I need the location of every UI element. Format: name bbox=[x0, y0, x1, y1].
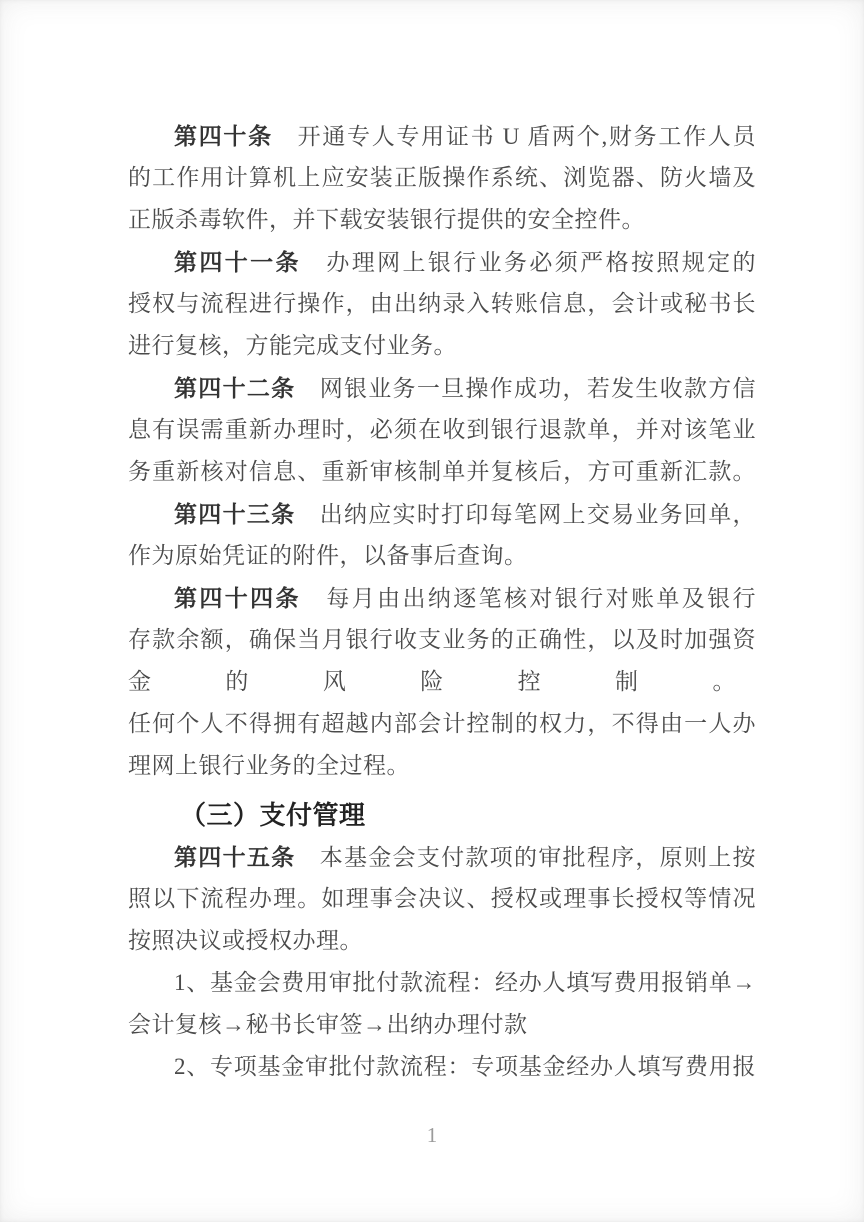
text-line: 按照决议或授权办理。 bbox=[128, 920, 756, 962]
article-number: 第四十四条 bbox=[174, 585, 301, 611]
list-item-line: 1、基金会费用审批付款流程：经办人填写费用报销单→ bbox=[128, 962, 756, 1004]
article-text: 本基金会支付款项的审批程序，原则上按 bbox=[295, 845, 756, 870]
text-line: 第四十二条 网银业务一旦操作成功，若发生收款方信 bbox=[128, 367, 756, 409]
text-line: 授权与流程进行操作，由出纳录入转账信息，会计或秘书长 bbox=[128, 283, 756, 325]
text-line: 第四十一条 办理网上银行业务必须严格按照规定的 bbox=[128, 241, 756, 283]
text-line: 息有误需重新办理时，必须在收到银行退款单，并对该笔业 bbox=[128, 409, 756, 451]
article-text: 网银业务一旦操作成功，若发生收款方信 bbox=[295, 376, 756, 401]
section-heading: （三）支付管理 bbox=[128, 794, 756, 836]
text-line: 存款余额，确保当月银行收支业务的正确性，以及时加强资 bbox=[128, 619, 756, 661]
article-text: 办理网上银行业务必须严格按照规定的 bbox=[301, 250, 756, 275]
text-line: 第四十五条 本基金会支付款项的审批程序，原则上按 bbox=[128, 836, 756, 878]
text-line: 正版杀毒软件，并下载安装银行提供的安全控件。 bbox=[128, 199, 756, 241]
text-line: 进行复核，方能完成支付业务。 bbox=[128, 325, 756, 367]
text-line: 理网上银行业务的全过程。 bbox=[128, 745, 756, 787]
article-number: 第四十条 bbox=[174, 123, 273, 149]
text-line: 作为原始凭证的附件，以备事后查询。 bbox=[128, 535, 756, 577]
article-text: 每月由出纳逐笔核对银行对账单及银行 bbox=[301, 586, 756, 611]
article-number: 第四十二条 bbox=[174, 375, 295, 401]
article-number: 第四十五条 bbox=[174, 844, 295, 870]
article-number: 第四十一条 bbox=[174, 249, 301, 275]
page-number: 1 bbox=[0, 1120, 864, 1150]
article-text: 出纳应实时打印每笔网上交易业务回单， bbox=[295, 502, 756, 527]
list-item-line: 会计复核→秘书长审签→出纳办理付款 bbox=[128, 1004, 756, 1046]
document-body: 第四十条 开通专人专用证书 U 盾两个,财务工作人员 的工作用计算机上应安装正版… bbox=[128, 115, 756, 1088]
text-line: 第四十四条 每月由出纳逐笔核对银行对账单及银行 bbox=[128, 577, 756, 619]
text-line: 的工作用计算机上应安装正版操作系统、浏览器、防火墙及 bbox=[128, 157, 756, 199]
article-text: 开通专人专用证书 U 盾两个,财务工作人员 bbox=[273, 124, 756, 149]
document-page: 第四十条 开通专人专用证书 U 盾两个,财务工作人员 的工作用计算机上应安装正版… bbox=[0, 0, 864, 1222]
text-line: 第四十条 开通专人专用证书 U 盾两个,财务工作人员 bbox=[128, 115, 756, 157]
article-number: 第四十三条 bbox=[174, 501, 295, 527]
text-line: 照以下流程办理。如理事会决议、授权或理事长授权等情况 bbox=[128, 878, 756, 920]
text-line: 任何个人不得拥有超越内部会计控制的权力，不得由一人办 bbox=[128, 703, 756, 745]
text-line-justified-spread: 金的风险控制。 bbox=[128, 661, 756, 703]
list-item-line: 2、专项基金审批付款流程：专项基金经办人填写费用报 bbox=[128, 1046, 756, 1088]
text-line: 务重新核对信息、重新审核制单并复核后，方可重新汇款。 bbox=[128, 451, 756, 493]
text-line: 第四十三条 出纳应实时打印每笔网上交易业务回单， bbox=[128, 493, 756, 535]
